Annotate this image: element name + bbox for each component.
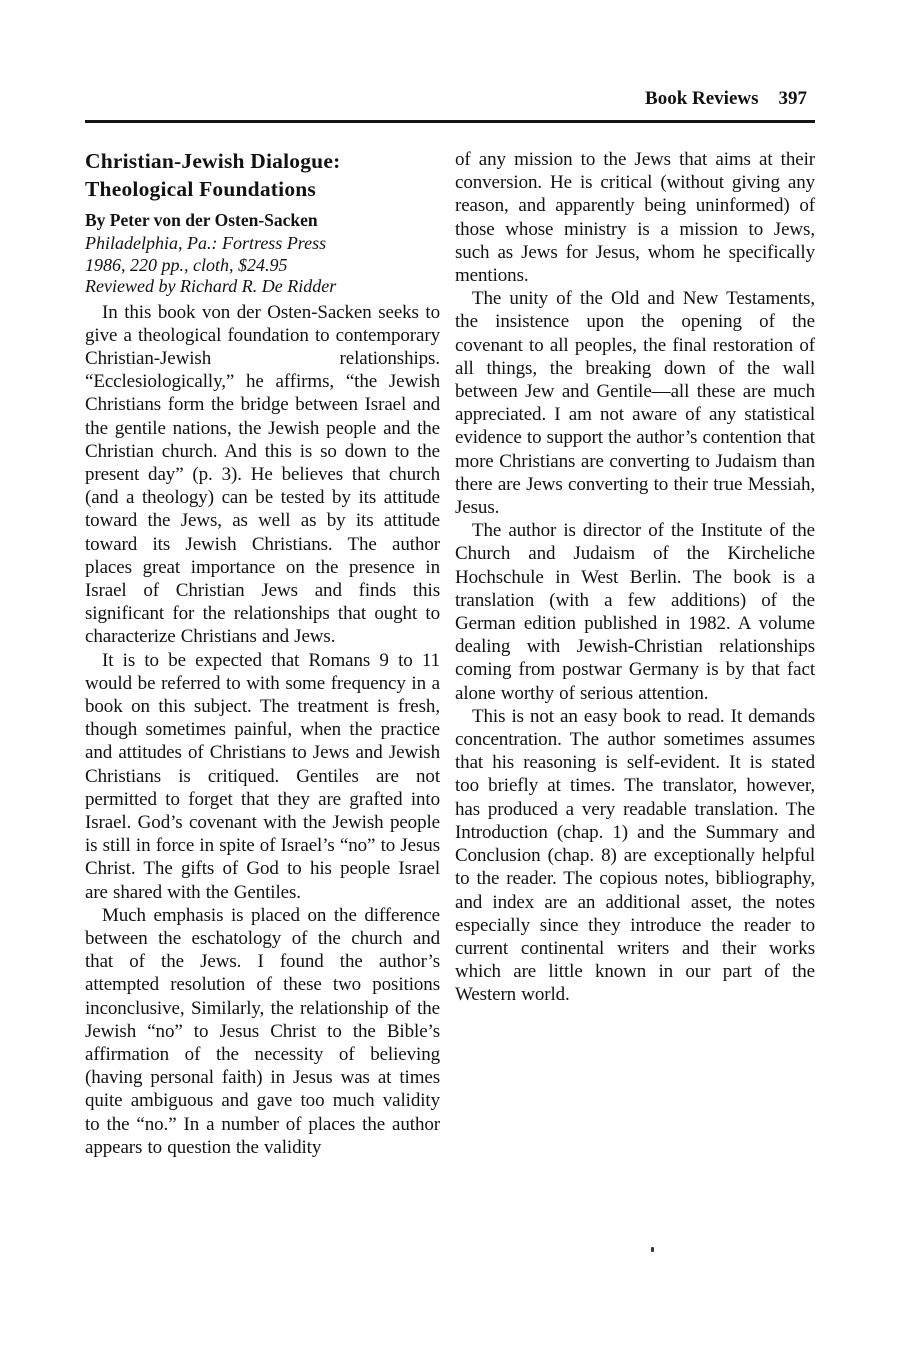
running-header: Book Reviews 397 — [85, 88, 815, 110]
review-paragraph: In this book von der Osten-Sacken seeks … — [85, 301, 440, 649]
imprint-reviewer: Reviewed by Richard R. De Ridder — [85, 276, 440, 298]
left-column-body: In this book von der Osten-Sacken seeks … — [85, 301, 440, 1160]
page-number: 397 — [779, 88, 808, 110]
book-title-line-1: Christian-Jewish Dialogue: — [85, 148, 440, 176]
right-column: of any mission to the Jews that aims at … — [455, 148, 815, 1159]
review-paragraph: Much emphasis is placed on the differenc… — [85, 904, 440, 1159]
running-header-title: Book Reviews — [645, 88, 758, 110]
two-column-layout: Christian-Jewish Dialogue: Theological F… — [85, 148, 815, 1159]
left-column: Christian-Jewish Dialogue: Theological F… — [85, 148, 440, 1159]
header-rule — [85, 120, 815, 123]
book-title-line-2: Theological Foundations — [85, 176, 440, 204]
right-column-body: of any mission to the Jews that aims at … — [455, 148, 815, 1007]
review-paragraph-continuation: of any mission to the Jews that aims at … — [455, 148, 815, 287]
page-content: Book Reviews 397 Christian-Jewish Dialog… — [85, 88, 815, 1159]
book-author-byline: By Peter von der Osten-Sacken — [85, 210, 440, 231]
review-paragraph: The author is director of the Institute … — [455, 519, 815, 705]
imprint-publication-info: 1986, 220 pp., cloth, $24.95 — [85, 255, 440, 277]
book-imprint-block: Philadelphia, Pa.: Fortress Press 1986, … — [85, 233, 440, 298]
book-title: Christian-Jewish Dialogue: Theological F… — [85, 148, 440, 203]
review-paragraph: The unity of the Old and New Testaments,… — [455, 287, 815, 519]
scan-artifact-dot — [651, 1247, 654, 1252]
scanned-book-review-page: Book Reviews 397 Christian-Jewish Dialog… — [0, 0, 899, 1349]
review-paragraph: It is to be expected that Romans 9 to 11… — [85, 649, 440, 904]
imprint-publisher: Philadelphia, Pa.: Fortress Press — [85, 233, 440, 255]
review-paragraph: This is not an easy book to read. It dem… — [455, 705, 815, 1007]
